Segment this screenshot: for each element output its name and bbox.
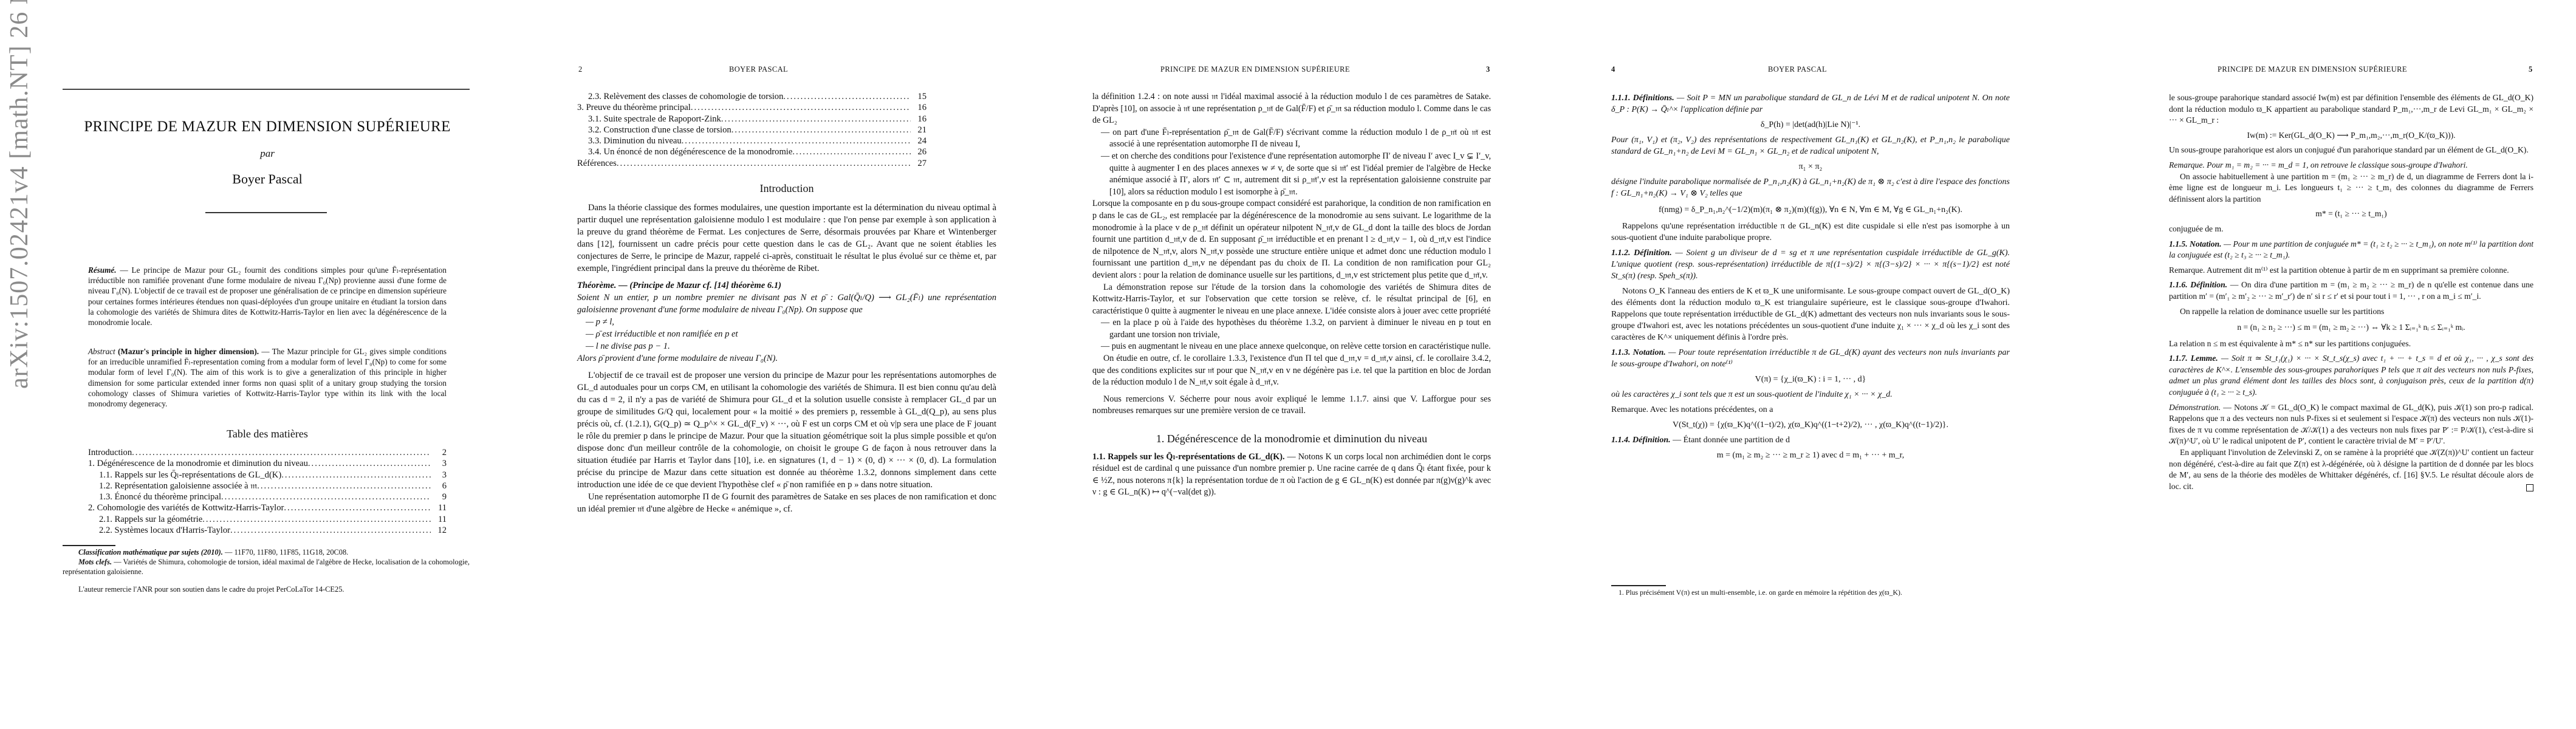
equation: n = (n₁ ≥ n₂ ≥ ···) ≤ m = (m₁ ≥ m₂ ≥ ···…: [2169, 322, 2533, 334]
page-4-body: 1.1.1. Définitions. — Soit P = MN un par…: [1611, 92, 2010, 465]
paragraph: On étudie en outre, cf. le corollaire 1.…: [1092, 353, 1491, 389]
toc-entry[interactable]: 1.3. Énoncé du théorème principal9: [88, 491, 447, 502]
paper-title: PRINCIPE DE MAZUR EN DIMENSION SUPÉRIEUR…: [61, 118, 474, 135]
equation: V(π) = {χ_i(ϖ_K) : i = 1, ··· , d}: [1611, 374, 2010, 385]
lemma: 1.1.7. Lemme. — Soit π ≃ St_t₁(χ₁) × ···…: [2169, 353, 2533, 398]
notation: 1.1.5. Notation. — Pour m une partition …: [2169, 239, 2533, 261]
toc-entry[interactable]: 3.1. Suite spectrale de Rapoport-Zink16: [577, 114, 927, 125]
paragraph: La démonstration repose sur l'étude de l…: [1092, 282, 1491, 318]
toc-entry[interactable]: Introduction2: [88, 447, 447, 458]
footnote-rule: [1611, 585, 1666, 586]
remark: Remarque. Pour m₁ = m₂ = ··· = m_d = 1, …: [2169, 160, 2533, 171]
author-name: Boyer Pascal: [61, 171, 474, 187]
paragraph: le sous-groupe parahorique standard asso…: [2169, 92, 2533, 126]
equation: m = (m₁ ≥ m₂ ≥ ··· ≥ m_r ≥ 1) avec d = m…: [1611, 450, 2010, 461]
toc-entry[interactable]: 3.3. Diminution du niveau24: [577, 135, 927, 146]
resume-label: Résumé.: [88, 265, 117, 275]
toc-entry[interactable]: 2.2. Systèmes locaux d'Harris-Taylor12: [88, 525, 447, 536]
page-1: arXiv:1507.02421v4 [math.NT] 26 Mar 2019…: [0, 0, 522, 729]
running-head: PRINCIPE DE MAZUR EN DIMENSION SUPÉRIEUR…: [1160, 65, 1350, 74]
remark: Remarque. Autrement dit m⁽¹⁾ est la part…: [2169, 265, 2533, 276]
par-label: par: [61, 148, 474, 160]
equation: V(St_t(χ)) = {χ(ϖ_K)q^((1−t)/2), χ(ϖ_K)q…: [1611, 419, 2010, 431]
list-item: — on part d'une F̄ₗ-représentation ρ̄_𝔪 …: [1092, 127, 1491, 151]
theorem-conclusion: Alors ρ̄ provient d'une forme modulaire …: [577, 352, 996, 364]
paragraph: Notons O_K l'anneau des entiers de K et …: [1611, 286, 2010, 343]
toc-entry[interactable]: 1.1. Rappels sur les Q̄ₗ-représentations…: [88, 470, 447, 481]
resume: Résumé. — Le principe de Mazur pour GL₂ …: [88, 265, 447, 327]
page-5-body: le sous-groupe parahorique standard asso…: [2169, 92, 2533, 492]
toc-entry[interactable]: 1.2. Représentation galoisienne associée…: [88, 481, 447, 491]
toc-entry[interactable]: 1. Dégénérescence de la monodromie et di…: [88, 458, 447, 469]
table-of-contents-continued: 2.3. Relèvement des classes de cohomolog…: [577, 91, 927, 169]
paragraph: On rappelle la relation de dominance usu…: [2169, 306, 2533, 318]
paragraph: Un sous-groupe parahorique est alors un …: [2169, 145, 2533, 156]
theorem-item: — l ne divise pas p − 1.: [577, 340, 996, 352]
page-number: 5: [2529, 65, 2533, 74]
title-separator: [205, 212, 327, 213]
page-4: 4 BOYER PASCAL 1.1.1. Définitions. — Soi…: [1604, 0, 2029, 729]
subsection: 1.1. Rappels sur les Q̄ₗ-représentations…: [1092, 451, 1491, 499]
page-3: PRINCIPE DE MAZUR EN DIMENSION SUPÉRIEUR…: [1088, 0, 1513, 729]
page-2-body: Introduction Dans la théorie classique d…: [577, 182, 996, 515]
page-number: 3: [1486, 65, 1490, 74]
running-head: BOYER PASCAL: [1768, 65, 1827, 74]
paragraph: Pour (π₁, V₁) et (π₂, V₂) des représenta…: [1611, 134, 2010, 157]
paragraph: On associe habituellement à une partitio…: [2169, 171, 2533, 205]
equation: m* = (t₁ ≥ ··· ≥ t_m₁): [2169, 208, 2533, 220]
list-item: — puis en augmentant le niveau en une pl…: [1092, 341, 1491, 353]
section-title-introduction: Introduction: [577, 182, 996, 194]
paragraph: Dans la théorie classique des formes mod…: [577, 202, 996, 275]
abstract-subtitle: (Mazur's principle in higher dimension).: [115, 347, 259, 356]
page-3-body: la définition 1.2.4 : on note aussi 𝔪 l'…: [1092, 91, 1491, 499]
classification: Classification mathématique par sujets (…: [63, 548, 470, 558]
paragraph: La relation n ≤ m est équivalente à m* ≤…: [2169, 338, 2533, 350]
page-number: 4: [1611, 65, 1615, 74]
running-head: PRINCIPE DE MAZUR EN DIMENSION SUPÉRIEUR…: [2218, 65, 2407, 74]
paragraph: désigne l'induite parabolique normalisée…: [1611, 176, 2010, 199]
definition: 1.1.6. Définition. — On dira d'une parti…: [2169, 279, 2533, 302]
toc-entry[interactable]: 3. Preuve du théorème principal16: [577, 102, 927, 113]
equation: π₁ × π₂: [1611, 161, 2010, 173]
page-5: PRINCIPE DE MAZUR EN DIMENSION SUPÉRIEUR…: [2151, 0, 2576, 729]
abstract-text: — The Mazur principle for GL₂ gives simp…: [88, 347, 447, 408]
paragraph: L'objectif de ce travail est de proposer…: [577, 369, 996, 491]
equation: f(nmg) = δ_P_n₁,n₂^(−1/2)(m)(π₁ ⊗ π₂)(m)…: [1611, 204, 2010, 216]
list-item: — en la place p où à l'aide des hypothès…: [1092, 317, 1491, 341]
footnote: 1. Plus précisément V(π) est un multi-en…: [1619, 588, 2007, 598]
toc-entry[interactable]: 3.4. Un énoncé de non dégénérescence de …: [577, 146, 927, 157]
toc-title: Table des matières: [61, 428, 474, 440]
theorem-heading: Théorème. — (Principe de Mazur cf. [14] …: [577, 279, 996, 292]
toc-entry[interactable]: 2. Cohomologie des variétés de Kottwitz-…: [88, 502, 447, 513]
notation: 1.1.3. Notation. — Pour toute représenta…: [1611, 347, 2010, 370]
footnote-rule: [63, 545, 115, 546]
equation: Iw(m) := Ker(GL_d(O_K) ⟶ P_m₁,m₂,···,m_r…: [2169, 130, 2533, 142]
paragraph: Une représentation automorphe Π de G fou…: [577, 491, 996, 515]
qed-icon: [2526, 484, 2533, 491]
keywords: Mots clefs. — Variétés de Shimura, cohom…: [63, 558, 470, 577]
arxiv-stamp: arXiv:1507.02421v4 [math.NT] 26 Mar 2019: [5, 0, 34, 389]
page-2: 2 BOYER PASCAL 2.3. Relèvement des class…: [571, 0, 1009, 729]
paragraph: Lorsque la composante en p du sous-group…: [1092, 198, 1491, 281]
list-item: — et on cherche des conditions pour l'ex…: [1092, 151, 1491, 198]
equation: δ_P(h) = |det(ad(h)|Lie N)|⁻¹.: [1611, 119, 2010, 131]
paragraph: Rappelons qu'une représentation irréduct…: [1611, 221, 2010, 244]
remark: Remarque. Avec les notations précédentes…: [1611, 404, 2010, 416]
paragraph: conjuguée de m.: [2169, 224, 2533, 235]
definition: 1.1.1. Définitions. — Soit P = MN un par…: [1611, 92, 2010, 115]
abstract: Abstract (Mazur's principle in higher di…: [88, 346, 447, 409]
definition: 1.1.4. Définition. — Étant donnée une pa…: [1611, 434, 2010, 446]
toc-entry[interactable]: 2.3. Relèvement des classes de cohomolog…: [577, 91, 927, 102]
running-head: BOYER PASCAL: [729, 65, 788, 74]
paragraph: la définition 1.2.4 : on note aussi 𝔪 l'…: [1092, 91, 1491, 127]
paragraph: où les caractères χ_i sont tels que π es…: [1611, 389, 2010, 400]
theorem-item: — p ≠ l,: [577, 316, 996, 328]
acknowledgement: L'auteur remercie l'ANR pour son soutien…: [78, 585, 470, 595]
toc-entry[interactable]: Références27: [577, 158, 927, 169]
proof: Démonstration. — Notons 𝒦 = GL_d(O_K) le…: [2169, 402, 2533, 447]
toc-entry[interactable]: 2.1. Rappels sur la géométrie11: [88, 514, 447, 525]
top-rule: [63, 89, 470, 90]
page-number: 2: [578, 65, 583, 74]
toc-entry[interactable]: 3.2. Construction d'une classe de torsio…: [577, 125, 927, 135]
table-of-contents: Introduction2 1. Dégénérescence de la mo…: [88, 447, 447, 536]
resume-text: — Le principe de Mazur pour GL₂ fournit …: [88, 265, 447, 327]
theorem-text: Soient N un entier, p un nombre premier …: [577, 292, 996, 316]
abstract-label: Abstract: [88, 347, 115, 356]
acknowledgement: Nous remercions V. Sécherre pour nous av…: [1092, 394, 1491, 417]
proof-continued: En appliquant l'involution de Zelevinski…: [2169, 447, 2533, 492]
section-title: 1. Dégénérescence de la monodromie et di…: [1092, 433, 1491, 445]
theorem-item: — ρ̄ est irréductible et non ramifiée en…: [577, 328, 996, 340]
definition: 1.1.2. Définition. — Soient g un diviseu…: [1611, 247, 2010, 282]
